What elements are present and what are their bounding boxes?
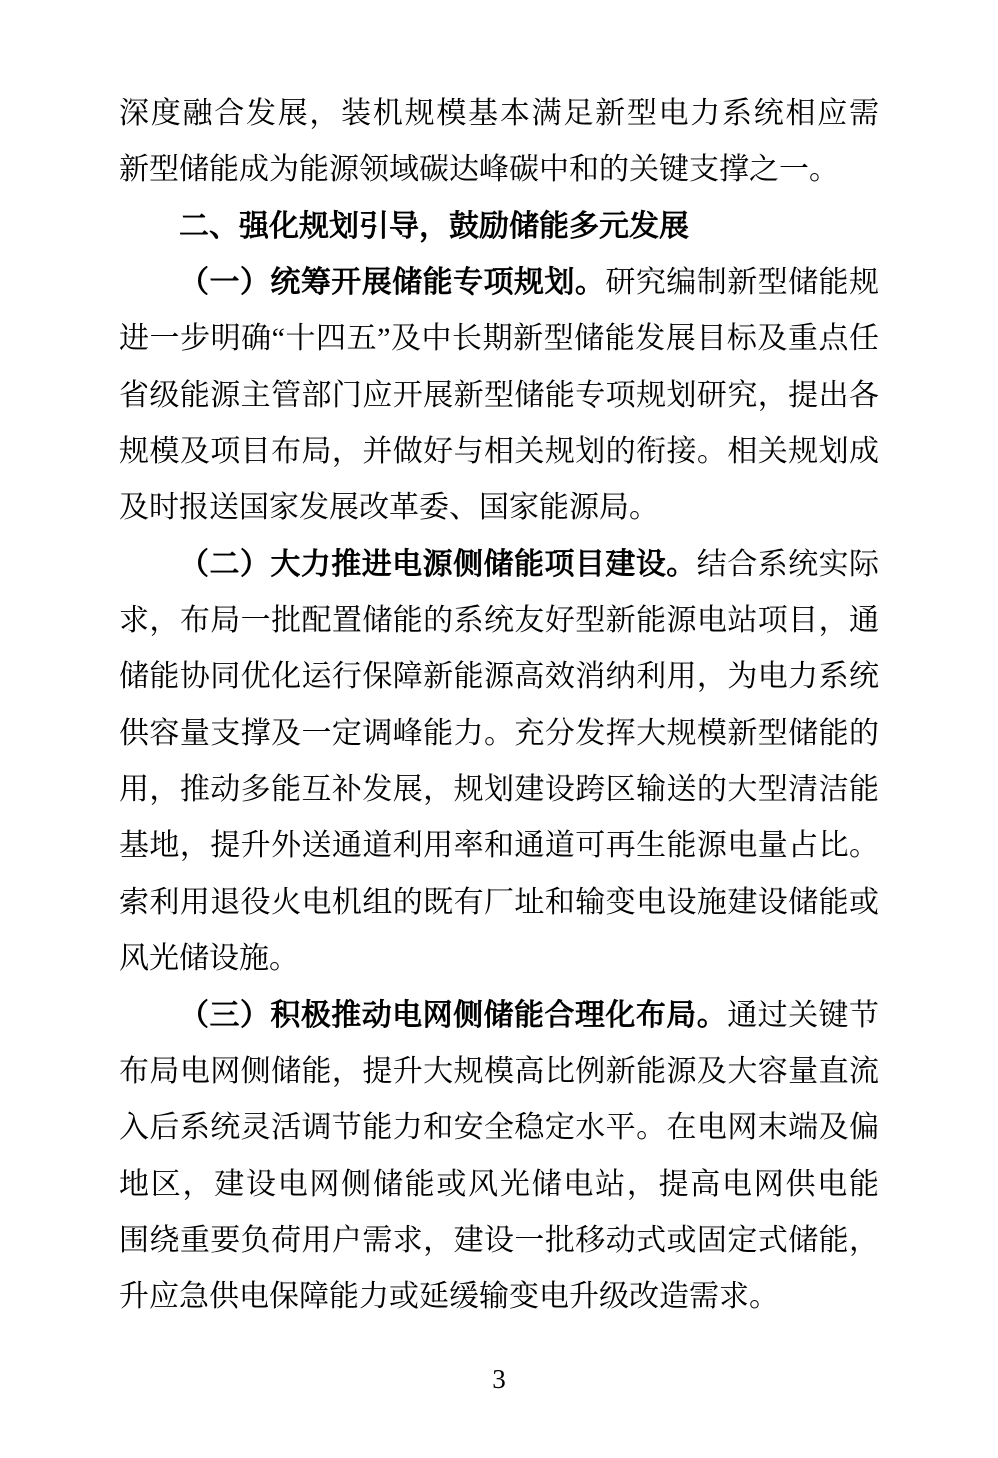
text-line: 基地，提升外送通道利用率和通道可再生能源电量占比。探 [119,818,879,874]
text-line: 求，布局一批配置储能的系统友好型新能源电站项目，通过 [119,593,879,649]
text-line: 围绕重要负荷用户需求，建设一批移动式或固定式储能，提 [119,1213,879,1269]
page-number: 3 [0,1364,998,1395]
text-line: （三）积极推动电网侧储能合理化布局。通过关键节点 [119,988,879,1044]
text-line: 规模及项目布局，并做好与相关规划的衔接。相关规划成果应 [119,424,879,480]
document-page: 深度融合发展，装机规模基本满足新型电力系统相应需求。新型储能成为能源领域碳达峰碳… [0,0,998,1458]
document-body: 深度融合发展，装机规模基本满足新型电力系统相应需求。新型储能成为能源领域碳达峰碳… [119,86,879,1326]
text-line: （一）统筹开展储能专项规划。研究编制新型储能规划， [119,255,879,311]
text-line: 储能协同优化运行保障新能源高效消纳利用，为电力系统提 [119,649,879,705]
text-line: 升应急供电保障能力或延缓输变电升级改造需求。 [119,1269,879,1325]
text-line: 省级能源主管部门应开展新型储能专项规划研究，提出各地区 [119,368,879,424]
text-line: 供容量支撑及一定调峰能力。充分发挥大规模新型储能的作 [119,706,879,762]
text-line: 布局电网侧储能，提升大规模高比例新能源及大容量直流接 [119,1044,879,1100]
subsection-lead: （一）统筹开展储能专项规划。 [179,266,605,299]
text-line: 地区，建设电网侧储能或风光储电站，提高电网供电能力。 [119,1157,879,1213]
subsection-lead: （三）积极推动电网侧储能合理化布局。 [179,999,727,1032]
text-line: 深度融合发展，装机规模基本满足新型电力系统相应需求。 [119,86,879,142]
text-line: 入后系统灵活调节能力和安全稳定水平。在电网末端及偏远 [119,1100,879,1156]
section-heading: 二、强化规划引导，鼓励储能多元发展 [119,199,879,255]
subsection-lead: （二）大力推进电源侧储能项目建设。 [179,548,697,581]
text-line: 风光储设施。 [119,931,879,987]
text-line: 及时报送国家发展改革委、国家能源局。 [119,480,879,536]
text-line: 进一步明确“十四五”及中长期新型储能发展目标及重点任务。 [119,311,879,367]
text-line: （二）大力推进电源侧储能项目建设。结合系统实际需 [119,537,879,593]
text-line: 索利用退役火电机组的既有厂址和输变电设施建设储能或 [119,875,879,931]
text-line: 用，推动多能互补发展，规划建设跨区输送的大型清洁能源 [119,762,879,818]
text-line: 新型储能成为能源领域碳达峰碳中和的关键支撑之一。 [119,142,879,198]
